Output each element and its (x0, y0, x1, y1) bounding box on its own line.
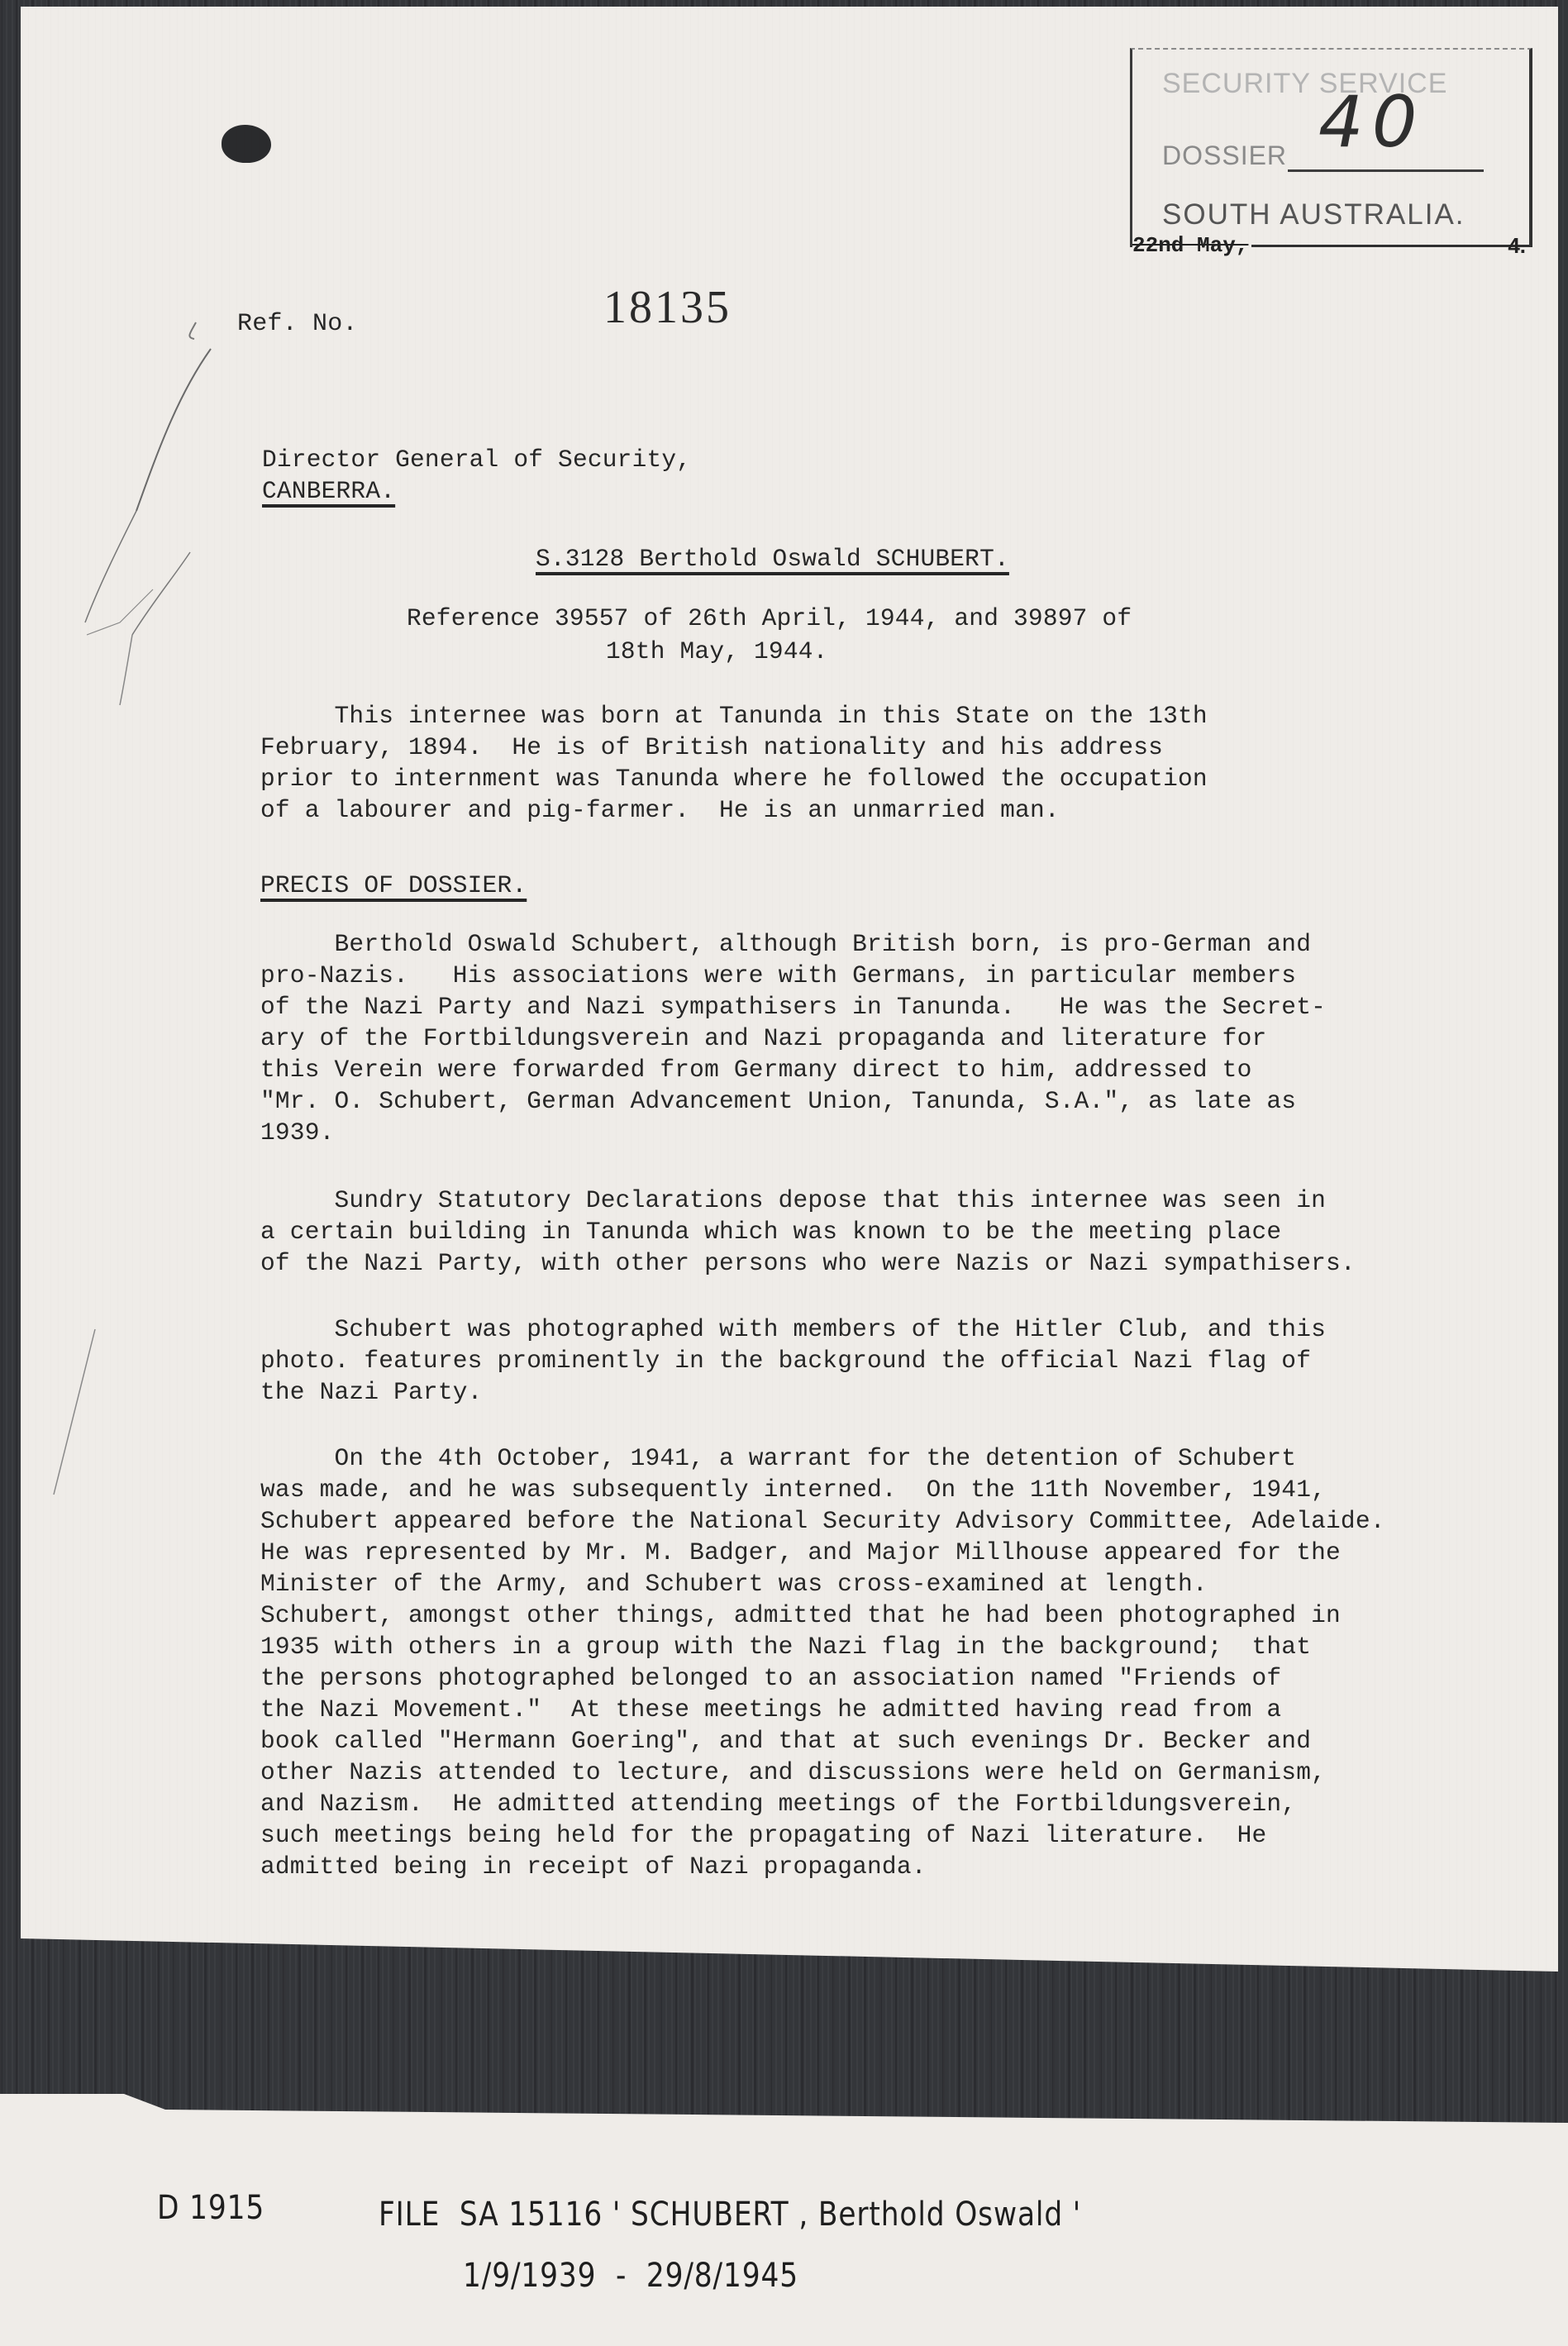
text-line: prior to internment was Tanunda where he… (260, 762, 1208, 795)
ref-number: 18135 (603, 281, 732, 334)
text-line: other Nazis attended to lecture, and dis… (260, 1756, 1326, 1789)
security-service-stamp: SECURITY SERVICE DOSSIER 40 SOUTH AUSTRA… (1130, 48, 1532, 247)
addressee-city: CANBERRA. (262, 474, 395, 508)
archive-file-title: FILE SA 15116 ' SCHUBERT , Berthold Oswa… (379, 2196, 1081, 2234)
text-line: He was represented by Mr. M. Badger, and… (260, 1536, 1341, 1569)
text-line: Schubert was photographed with members o… (260, 1313, 1326, 1346)
dossier-number-handwritten: 40 (1318, 81, 1425, 164)
typed-date-year: 4. (1508, 233, 1526, 259)
typed-document-page: SECURITY SERVICE DOSSIER 40 SOUTH AUSTRA… (21, 7, 1558, 1974)
text-line: of the Nazi Party and Nazi sympathisers … (260, 990, 1326, 1023)
text-line: the persons photographed belonged to an … (260, 1662, 1281, 1695)
text-line: Minister of the Army, and Schubert was c… (260, 1567, 1208, 1600)
section-heading: PRECIS OF DOSSIER. (260, 869, 527, 902)
text-line: On the 4th October, 1941, a warrant for … (260, 1442, 1296, 1475)
hole-punch-icon (222, 125, 271, 163)
text-line: this Verein were forwarded from Germany … (260, 1053, 1252, 1086)
text-line: Schubert, amongst other things, admitted… (260, 1599, 1341, 1632)
ref-label: Ref. No. (237, 308, 358, 341)
typed-date: 22nd May, (1132, 233, 1251, 258)
text-line: Schubert appeared before the National Se… (260, 1504, 1385, 1538)
text-line: such meetings being held for the propaga… (260, 1819, 1266, 1852)
archive-date-range: 1/9/1939 - 29/8/1945 (463, 2257, 798, 2295)
text-line: ary of the Fortbildungsverein and Nazi p… (260, 1022, 1266, 1055)
text-line: "Mr. O. Schubert, German Advancement Uni… (260, 1085, 1296, 1118)
text-line: Berthold Oswald Schubert, although Briti… (260, 927, 1311, 961)
text-line: 1939. (260, 1116, 335, 1149)
text-line: 1935 with others in a group with the Naz… (260, 1630, 1311, 1663)
reference-line-2: 18th May, 1944. (606, 635, 828, 668)
text-line: pro-Nazis. His associations were with Ge… (260, 959, 1296, 992)
reference-line-1: Reference 39557 of 26th April, 1944, and… (407, 602, 1132, 635)
text-line: Sundry Statutory Declarations depose tha… (260, 1184, 1326, 1217)
text-line: photo. features prominently in the backg… (260, 1344, 1311, 1377)
stamp-dossier-label: DOSSIER (1162, 141, 1287, 171)
text-line: February, 1894. He is of British nationa… (260, 731, 1163, 764)
text-line: of the Nazi Party, with other persons wh… (260, 1247, 1356, 1280)
text-line: and Nazism. He admitted attending meetin… (260, 1787, 1296, 1820)
text-line: a certain building in Tanunda which was … (260, 1215, 1281, 1248)
text-line: was made, and he was subsequently intern… (260, 1473, 1326, 1506)
text-line: book called "Hermann Goering", and that … (260, 1724, 1311, 1757)
text-line: This internee was born at Tanunda in thi… (260, 699, 1208, 732)
addressee-title: Director General of Security, (262, 443, 691, 476)
subject-line: S.3128 Berthold Oswald SCHUBERT. (536, 542, 1009, 575)
stamp-region: SOUTH AUSTRALIA. (1162, 198, 1466, 231)
text-line: of a labourer and pig-farmer. He is an u… (260, 794, 1060, 827)
archive-series-number: D 1915 (157, 2189, 265, 2227)
text-line: the Nazi Party. (260, 1376, 483, 1409)
pencil-annotation-icon (21, 7, 351, 1660)
text-line: admitted being in receipt of Nazi propag… (260, 1850, 927, 1883)
text-line: the Nazi Movement." At these meetings he… (260, 1693, 1281, 1726)
stamp-dossier-underline (1288, 169, 1484, 172)
